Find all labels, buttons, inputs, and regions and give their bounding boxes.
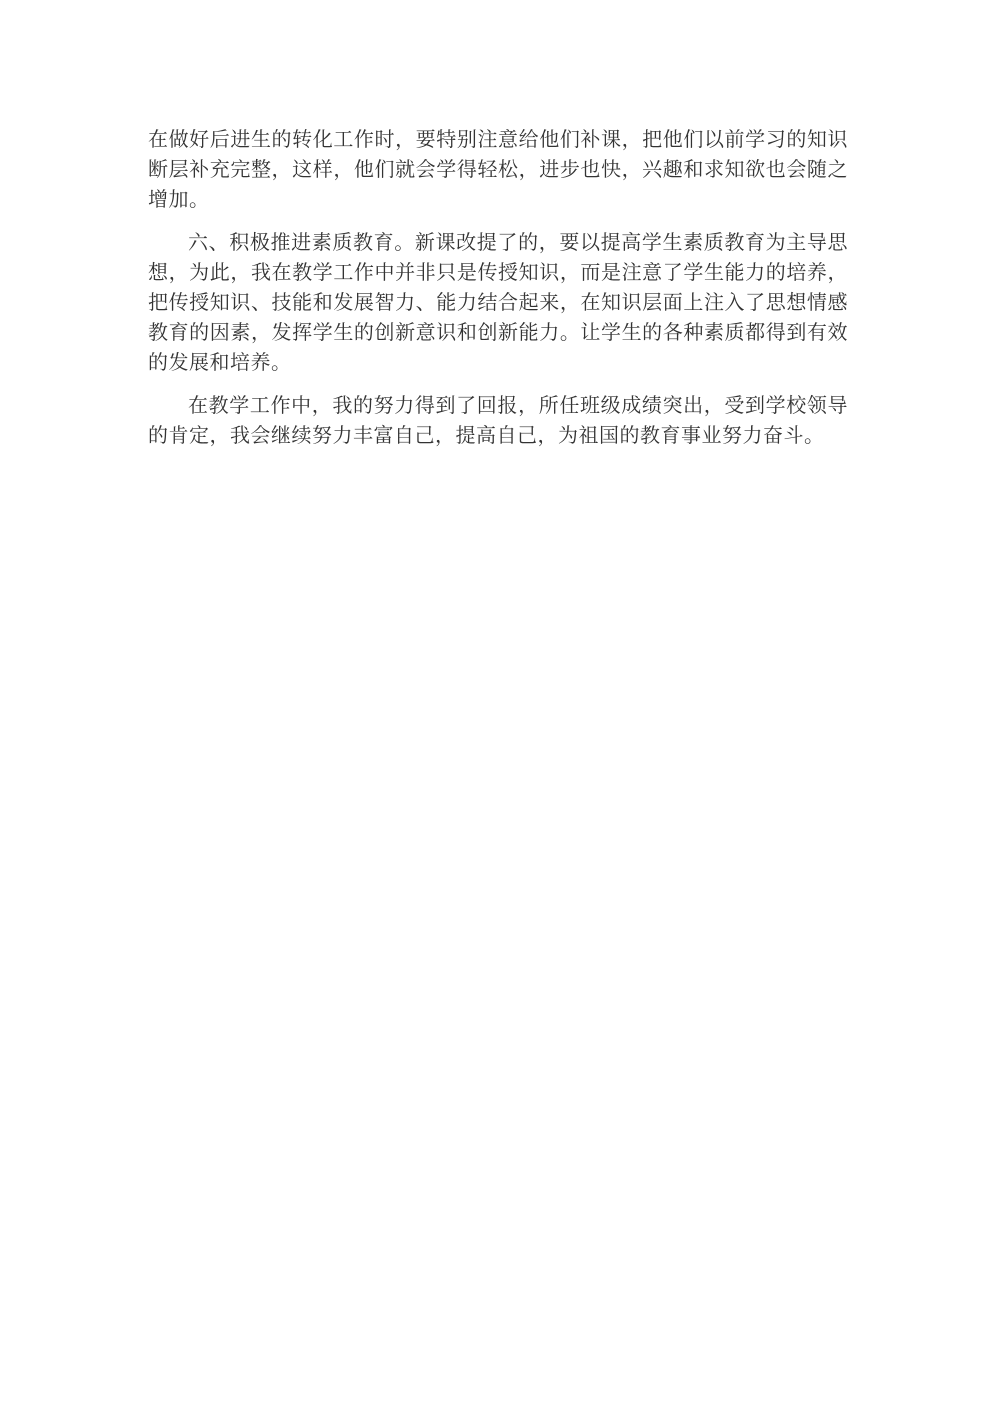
document-body: 在做好后进生的转化工作时，要特别注意给他们补课，把他们以前学习的知识断层补充完整… [148, 125, 848, 451]
document-page: 在做好后进生的转化工作时，要特别注意给他们补课，把他们以前学习的知识断层补充完整… [0, 0, 1000, 1415]
paragraph-conclusion: 在教学工作中，我的努力得到了回报，所任班级成绩突出，受到学校领导的肯定，我会继续… [148, 391, 848, 451]
paragraph-remedial-tutoring: 在做好后进生的转化工作时，要特别注意给他们补课，把他们以前学习的知识断层补充完整… [148, 125, 848, 215]
paragraph-quality-education: 六、积极推进素质教育。新课改提了的，要以提高学生素质教育为主导思想，为此，我在教… [148, 228, 848, 378]
